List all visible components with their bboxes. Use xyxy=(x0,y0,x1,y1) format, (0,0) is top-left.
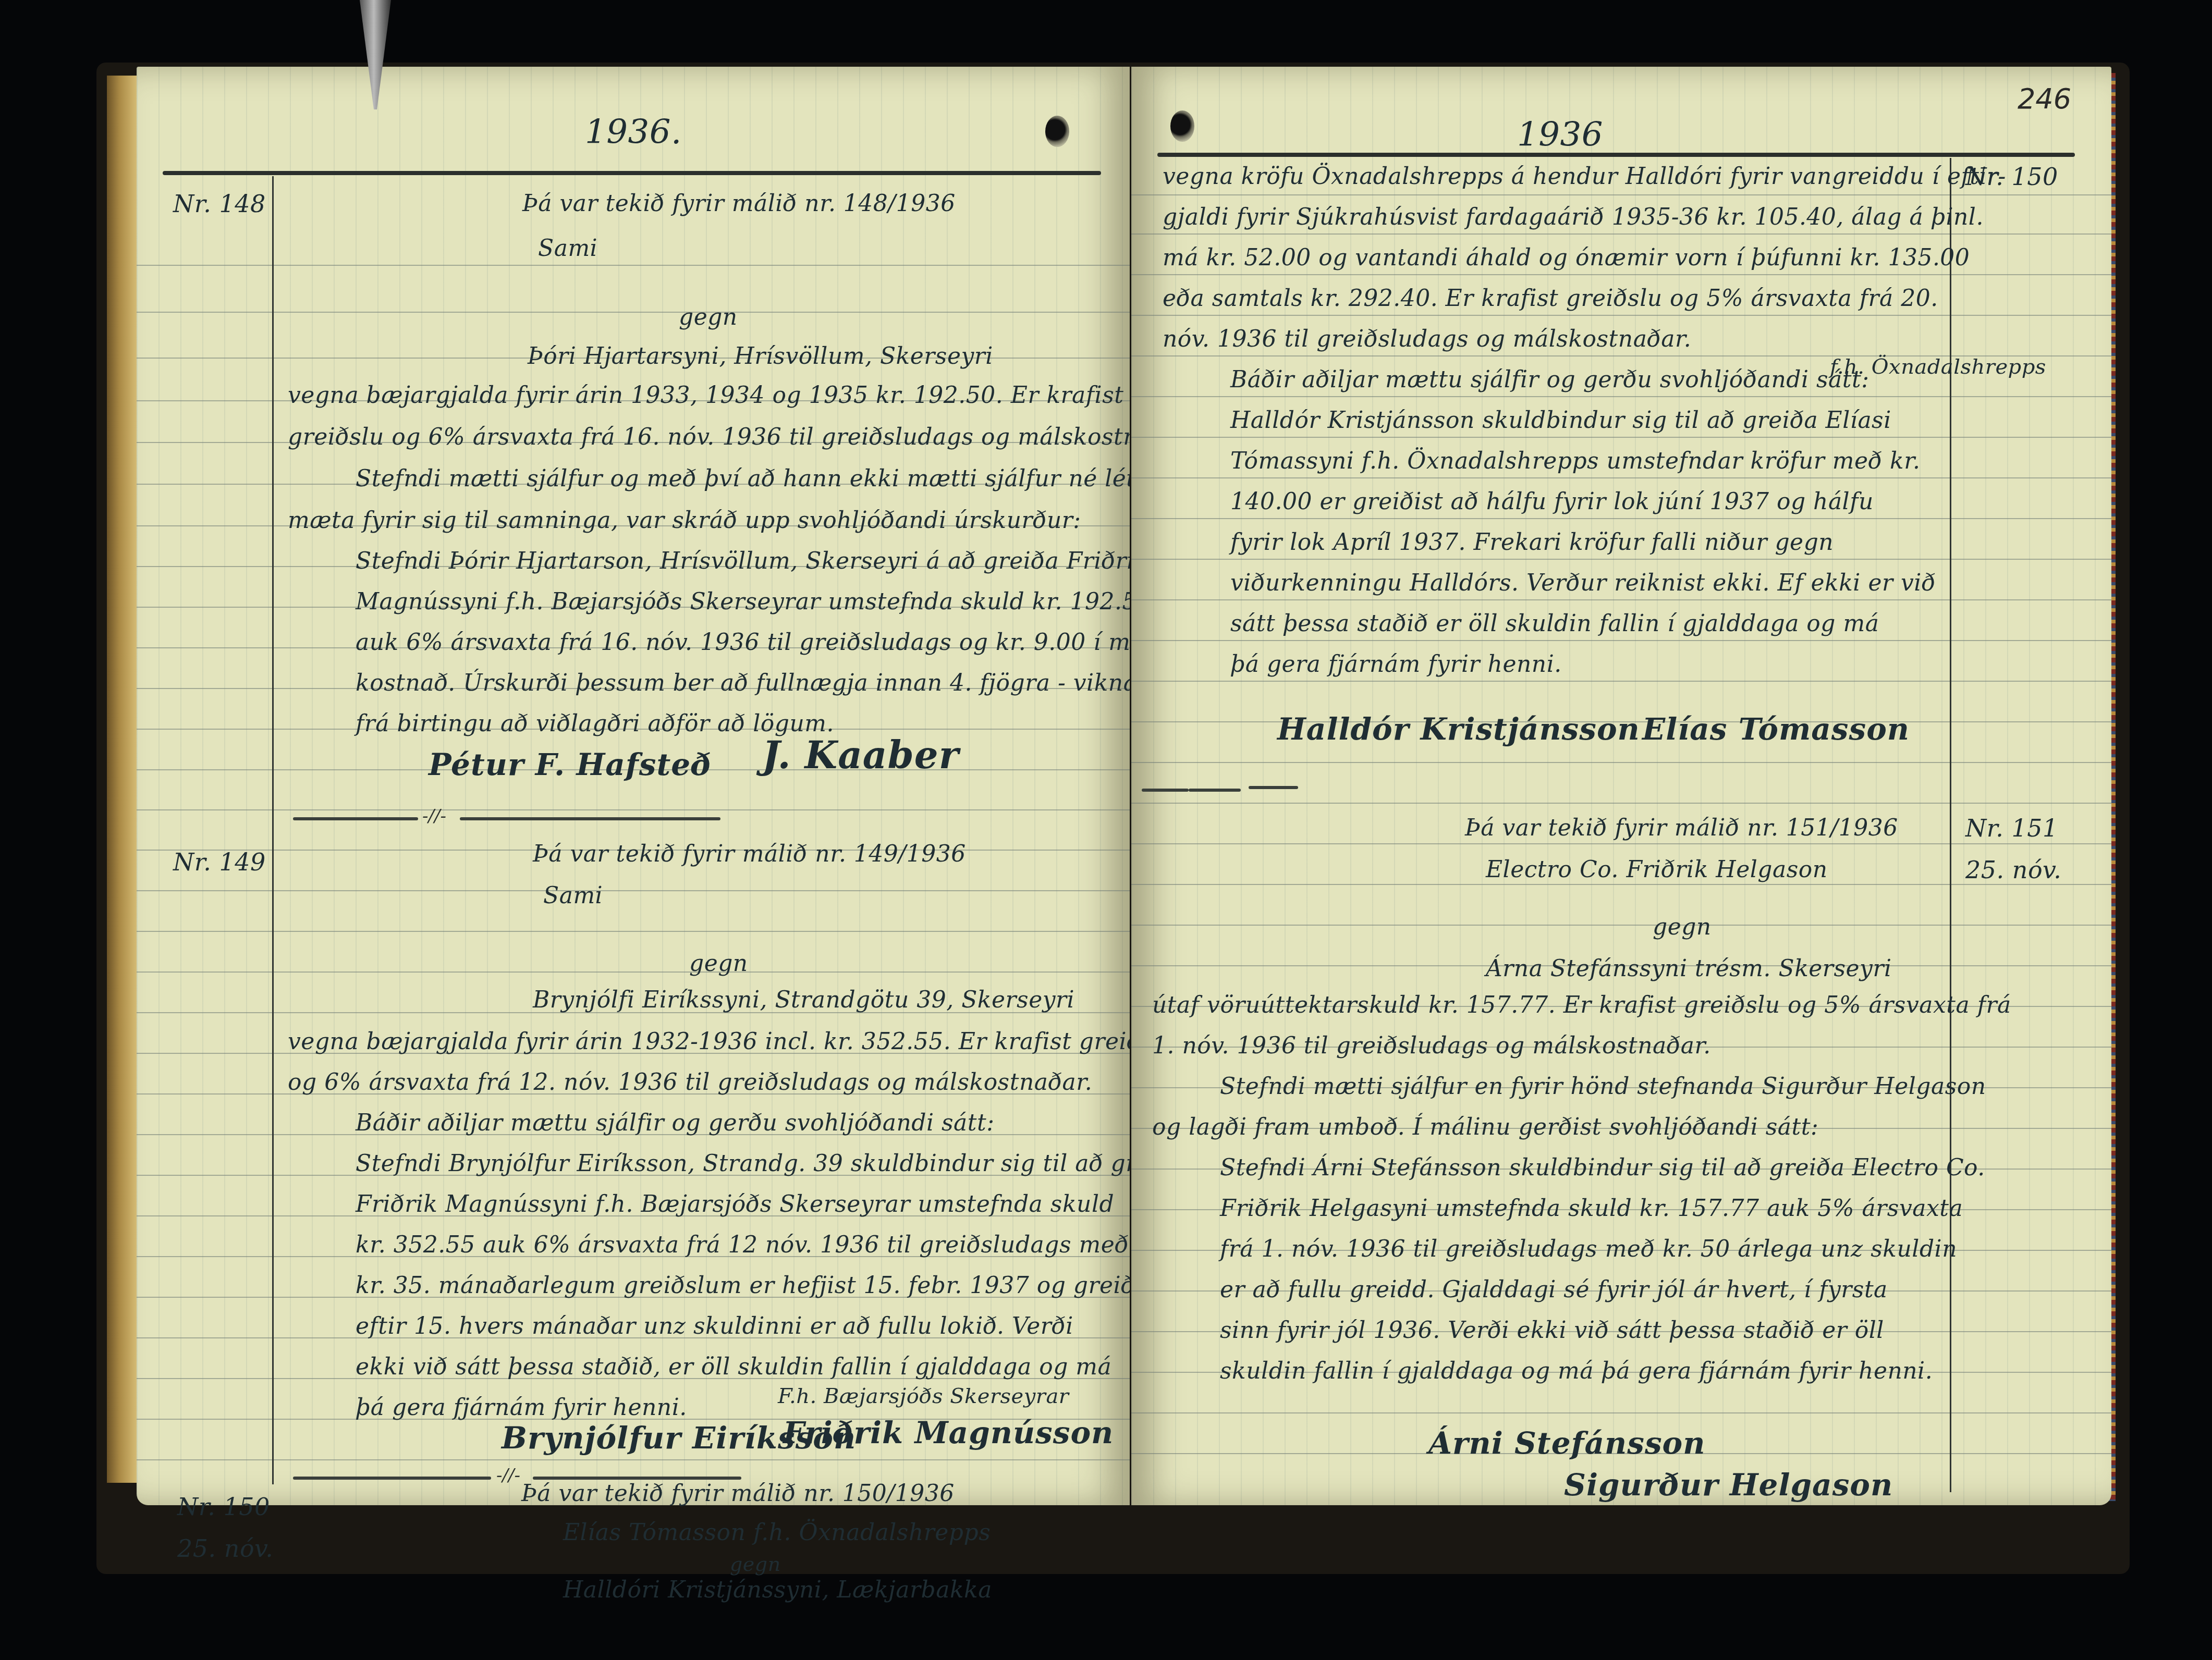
page-edges-left xyxy=(107,76,138,1483)
separator xyxy=(293,1477,491,1480)
body-line: Friðrik Helgasyni umstefnda skuld kr. 15… xyxy=(1220,1192,1963,1225)
ruled-line xyxy=(1131,518,2111,519)
body-line: og 6% ársvaxta frá 12. nóv. 1936 til gre… xyxy=(288,1066,1092,1099)
ruled-line xyxy=(1131,559,2111,560)
ruled-line xyxy=(1131,803,2111,804)
ruled-line xyxy=(1131,477,2111,478)
case-heading: Þá var tekið fyrir málið nr. 149/1936 xyxy=(533,838,966,870)
plaintiff: Electro Co. Friðrik Helgason xyxy=(1486,854,1828,886)
body-line: Magnússyni f.h. Bæjarsjóðs Skerseyrar um… xyxy=(356,586,1130,618)
ruled-line xyxy=(137,931,1130,932)
body-line: 1. nóv. 1936 til greiðsludags og málskos… xyxy=(1152,1030,1711,1062)
body-line: sátt þessa staðið er öll skuldin fallin … xyxy=(1230,608,1879,640)
body-line: viðurkenningu Halldórs. Verður reiknist … xyxy=(1230,567,1936,599)
header-rule xyxy=(1157,153,2075,157)
defendant: Þóri Hjartarsyni, Hrísvöllum, Skerseyri xyxy=(528,340,993,373)
separator-mark: -//- xyxy=(422,806,446,827)
separator xyxy=(1142,789,1189,792)
ruled-line xyxy=(1131,762,2111,763)
body-line: og lagði fram umboð. Í málinu gerðist sv… xyxy=(1152,1111,1818,1143)
body-line: Halldór Kristjánsson skuldbindur sig til… xyxy=(1230,404,1891,437)
ruled-line xyxy=(137,312,1130,313)
margin-case-date: 25. nóv. xyxy=(1965,854,2061,886)
separator-mark: -//- xyxy=(496,1465,520,1486)
margin-case-number: Nr. 151 xyxy=(1965,812,2058,844)
body-line: ekki við sátt þessa staðið, er öll skuld… xyxy=(356,1351,1111,1383)
separator xyxy=(1189,789,1241,792)
ruled-line xyxy=(1131,315,2111,316)
case-number: Nr. 148 xyxy=(173,188,266,220)
body-line: auk 6% ársvaxta frá 16. nóv. 1936 til gr… xyxy=(356,626,1130,659)
page-year: 1936. xyxy=(585,116,682,149)
body-line: Stefndi Brynjólfur Eiríksson, Strandg. 3… xyxy=(356,1148,1130,1180)
signature-title: F.h. Bæjarsjóðs Skerseyrar xyxy=(778,1380,1069,1412)
case-date: 25. nóv. xyxy=(177,1532,273,1565)
body-line: Tómassyni f.h. Öxnadalshrepps umstefndar… xyxy=(1230,445,1920,477)
defendant: Árna Stefánssyni trésm. Skerseyri xyxy=(1486,953,1892,985)
body-line: fyrir lok Apríl 1937. Frekari kröfur fal… xyxy=(1230,526,1834,559)
ruled-line xyxy=(1131,640,2111,641)
body-line: skuldin fallin í gjalddaga og má þá gera… xyxy=(1220,1355,1933,1387)
body-line: Friðrik Magnússyni f.h. Bæjarsjóðs Skers… xyxy=(356,1188,1114,1221)
header-rule xyxy=(163,171,1101,175)
plaintiff: Sami xyxy=(538,232,597,265)
ruled-line xyxy=(1131,233,2111,235)
defendant: Brynjólfi Eiríkssyni, Strandgötu 39, Ske… xyxy=(533,984,1074,1016)
body-line: Stefndi mætti sjálfur og með því að hann… xyxy=(356,463,1130,495)
right-page: 246 1936 Nr. 150 vegna kröfu Öxnadalshre… xyxy=(1131,67,2111,1505)
against-label: gegn xyxy=(689,948,748,980)
ruled-line xyxy=(137,890,1130,891)
ruled-line xyxy=(1131,681,2111,682)
body-line: kr. 352.55 auk 6% ársvaxta frá 12 nóv. 1… xyxy=(356,1229,1129,1261)
ruled-line xyxy=(1131,1412,2111,1413)
body-line: vegna bæjargjalda fyrir árin 1932-1936 i… xyxy=(288,1026,1130,1058)
margin-line xyxy=(272,176,274,1484)
body-line: greiðslu og 6% ársvaxta frá 16. nóv. 193… xyxy=(288,421,1130,453)
body-line: má kr. 52.00 og vantandi áhald og ónæmir… xyxy=(1163,242,1970,274)
body-line: þá gera fjárnám fyrir henni. xyxy=(356,1392,687,1424)
signature: Halldór Kristjánsson xyxy=(1277,713,1640,745)
ruled-line xyxy=(1131,599,2111,600)
case-heading: Þá var tekið fyrir málið nr. 148/1936 xyxy=(522,188,956,220)
signature: Sigurður Helgason xyxy=(1564,1469,1893,1501)
left-page: 1936. Nr. 148 Þá var tekið fyrir málið n… xyxy=(137,67,1130,1505)
body-line: Báðir aðiljar mættu sjálfir og gerðu svo… xyxy=(1230,364,1869,396)
signature: Elías Tómasson xyxy=(1642,713,1910,745)
case-number: Nr. 150 xyxy=(177,1491,270,1523)
case-number: Nr. 149 xyxy=(173,846,266,878)
defendant: Halldóri Kristjánssyni, Lækjarbakka xyxy=(563,1574,992,1606)
ruled-line xyxy=(1131,194,2111,195)
body-line: Báðir aðiljar mættu sjálfir og gerðu svo… xyxy=(356,1107,995,1139)
page-year: 1936 xyxy=(1517,119,1603,151)
signature: Árni Stefánsson xyxy=(1428,1427,1705,1459)
body-line: eða samtals kr. 292.40. Er krafist greið… xyxy=(1163,282,1938,315)
body-line: vegna bæjargjalda fyrir árin 1933, 1934 … xyxy=(288,379,1123,412)
body-line: 140.00 er greiðist að hálfu fyrir lok jú… xyxy=(1230,486,1874,518)
ruled-line xyxy=(137,265,1130,266)
body-line: Stefndi mætti sjálfur en fyrir hönd stef… xyxy=(1220,1071,1986,1103)
case-heading: Þá var tekið fyrir málið nr. 150/1936 xyxy=(521,1478,955,1510)
ruled-line xyxy=(137,809,1130,810)
body-line: kr. 35. mánaðarlegum greiðslum er hefjis… xyxy=(356,1270,1130,1302)
interlinear-note: f.h. Öxnadalshrepps xyxy=(1830,351,2046,383)
ruled-line xyxy=(1131,396,2111,397)
body-line: vegna kröfu Öxnadalshrepps á hendur Hall… xyxy=(1163,161,2006,193)
ruled-line xyxy=(1131,925,2111,926)
binding-hole xyxy=(1170,110,1194,142)
body-line: þá gera fjárnám fyrir henni. xyxy=(1230,648,1562,681)
plaintiff: Elías Tómasson f.h. Öxnadalshrepps xyxy=(563,1517,991,1549)
body-line: er að fullu greidd. Gjalddagi sé fyrir j… xyxy=(1220,1274,1888,1306)
ruled-line xyxy=(1131,437,2111,438)
body-line: sinn fyrir jól 1936. Verði ekki við sátt… xyxy=(1220,1314,1884,1347)
body-line: Stefndi Þórir Hjartarson, Hrísvöllum, Sk… xyxy=(356,545,1130,577)
against-label: gegn xyxy=(1653,911,1712,943)
body-line: gjaldi fyrir Sjúkrahúsvist fardagaárið 1… xyxy=(1163,201,1984,233)
against-label: gegn xyxy=(679,301,738,334)
separator xyxy=(460,817,720,820)
page-number: 246 xyxy=(2018,82,2071,115)
separator xyxy=(293,817,418,820)
separator xyxy=(1249,786,1298,789)
case-heading: Þá var tekið fyrir málið nr. 151/1936 xyxy=(1465,812,1898,844)
body-line: nóv. 1936 til greiðsludags og málskostna… xyxy=(1163,323,1691,355)
body-line: mæta fyrir sig til samninga, var skráð u… xyxy=(288,505,1081,537)
binding-hole xyxy=(1045,116,1069,147)
ruled-line xyxy=(137,972,1130,973)
plaintiff: Sami xyxy=(543,880,603,912)
body-line: útaf vöruúttektarskuld kr. 157.77. Er kr… xyxy=(1152,989,2011,1022)
body-line: eftir 15. hvers mánaðar unz skuldinni er… xyxy=(356,1310,1073,1343)
signature: J. Kaaber xyxy=(762,739,959,771)
body-line: frá 1. nóv. 1936 til greiðsludags með kr… xyxy=(1220,1233,1957,1265)
ruled-line xyxy=(1131,274,2111,275)
signature: Pétur F. Hafsteð xyxy=(429,748,712,781)
ruled-line xyxy=(137,1459,1130,1460)
body-line: kostnað. Úrskurði þessum ber að fullnægj… xyxy=(356,667,1130,699)
signature: Friðrik Magnússon xyxy=(783,1417,1114,1449)
body-line: Stefndi Árni Stefánsson skuldbindur sig … xyxy=(1220,1152,1985,1184)
